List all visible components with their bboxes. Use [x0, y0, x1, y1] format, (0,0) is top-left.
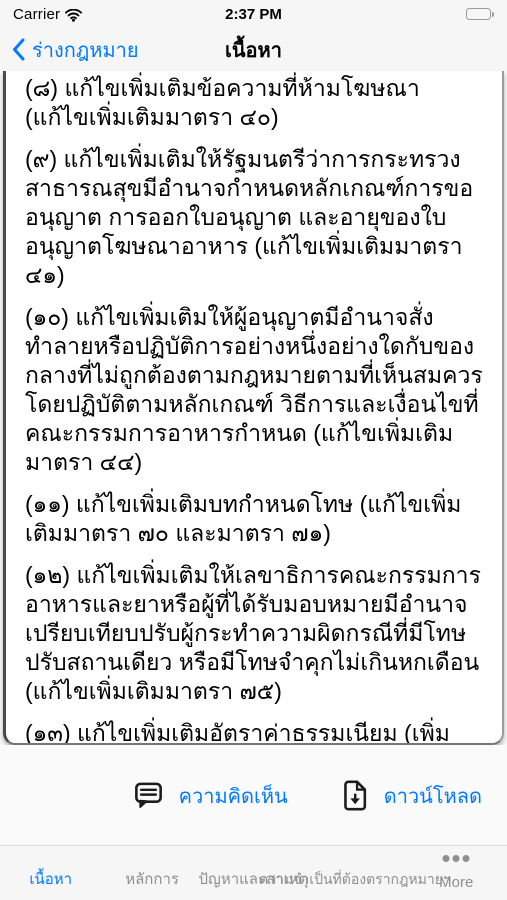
comments-button-label: ความคิดเห็น — [179, 780, 288, 812]
comment-bubble-icon — [133, 780, 164, 811]
tab-more-label: More — [439, 874, 473, 891]
content-paragraph: (๘) แก้ไขเพิ่มเติมข้อความที่ห้ามโฆษณา (แ… — [25, 74, 487, 132]
back-button-label: ร่างกฎหมาย — [32, 34, 139, 66]
tab-principles-label: หลักการ — [125, 867, 179, 891]
status-bar: Carrier 2:37 PM — [0, 0, 507, 28]
download-button[interactable]: ดาวน์โหลด — [340, 780, 482, 812]
tab-more[interactable]: More — [406, 846, 507, 900]
tab-necessity[interactable]: ความจำเป็นที่ต้องตรากฎหมายฯ — [304, 846, 405, 900]
more-dots-icon — [443, 855, 470, 862]
content-paragraph: (๑๒) แก้ไขเพิ่มเติมให้เลขาธิการคณะกรรมกา… — [25, 561, 487, 706]
content-paragraph: (๑๑) แก้ไขเพิ่มเติมบทกำหนดโทษ (แก้ไขเพิ่… — [25, 490, 487, 548]
action-bar: ความคิดเห็น ดาวน์โหลด — [0, 745, 507, 846]
status-time: 2:37 PM — [0, 6, 507, 23]
download-button-label: ดาวน์โหลด — [384, 780, 482, 812]
document-content-view[interactable]: (๘) แก้ไขเพิ่มเติมข้อความที่ห้ามโฆษณา (แ… — [3, 71, 504, 745]
tab-principles[interactable]: หลักการ — [101, 846, 202, 900]
content-paragraph: (๑๓) แก้ไขเพิ่มเติมอัตราค่าธรรมเนียม (เพ… — [25, 719, 487, 745]
app-screen: Carrier 2:37 PM เนื้อหา ร่างกฎหมาย — [0, 0, 507, 900]
content-paragraph: (๙) แก้ไขเพิ่มเติมให้รัฐมนตรีว่าการกระทร… — [25, 145, 487, 290]
tab-content-label: เนื้อหา — [29, 867, 72, 891]
tab-content[interactable]: เนื้อหา — [0, 846, 101, 900]
download-file-icon — [340, 780, 369, 811]
tab-bar: เนื้อหา หลักการ ปัญหาและสาเหตุ ความจำเป็… — [0, 845, 507, 900]
navigation-bar: เนื้อหา ร่างกฎหมาย — [0, 28, 507, 71]
chevron-left-icon — [12, 38, 25, 61]
back-button[interactable]: ร่างกฎหมาย — [12, 34, 139, 66]
content-paragraph: (๑๐) แก้ไขเพิ่มเติมให้ผู้อนุญาตมีอำนาจสั… — [25, 303, 487, 477]
comments-button[interactable]: ความคิดเห็น — [133, 780, 288, 812]
